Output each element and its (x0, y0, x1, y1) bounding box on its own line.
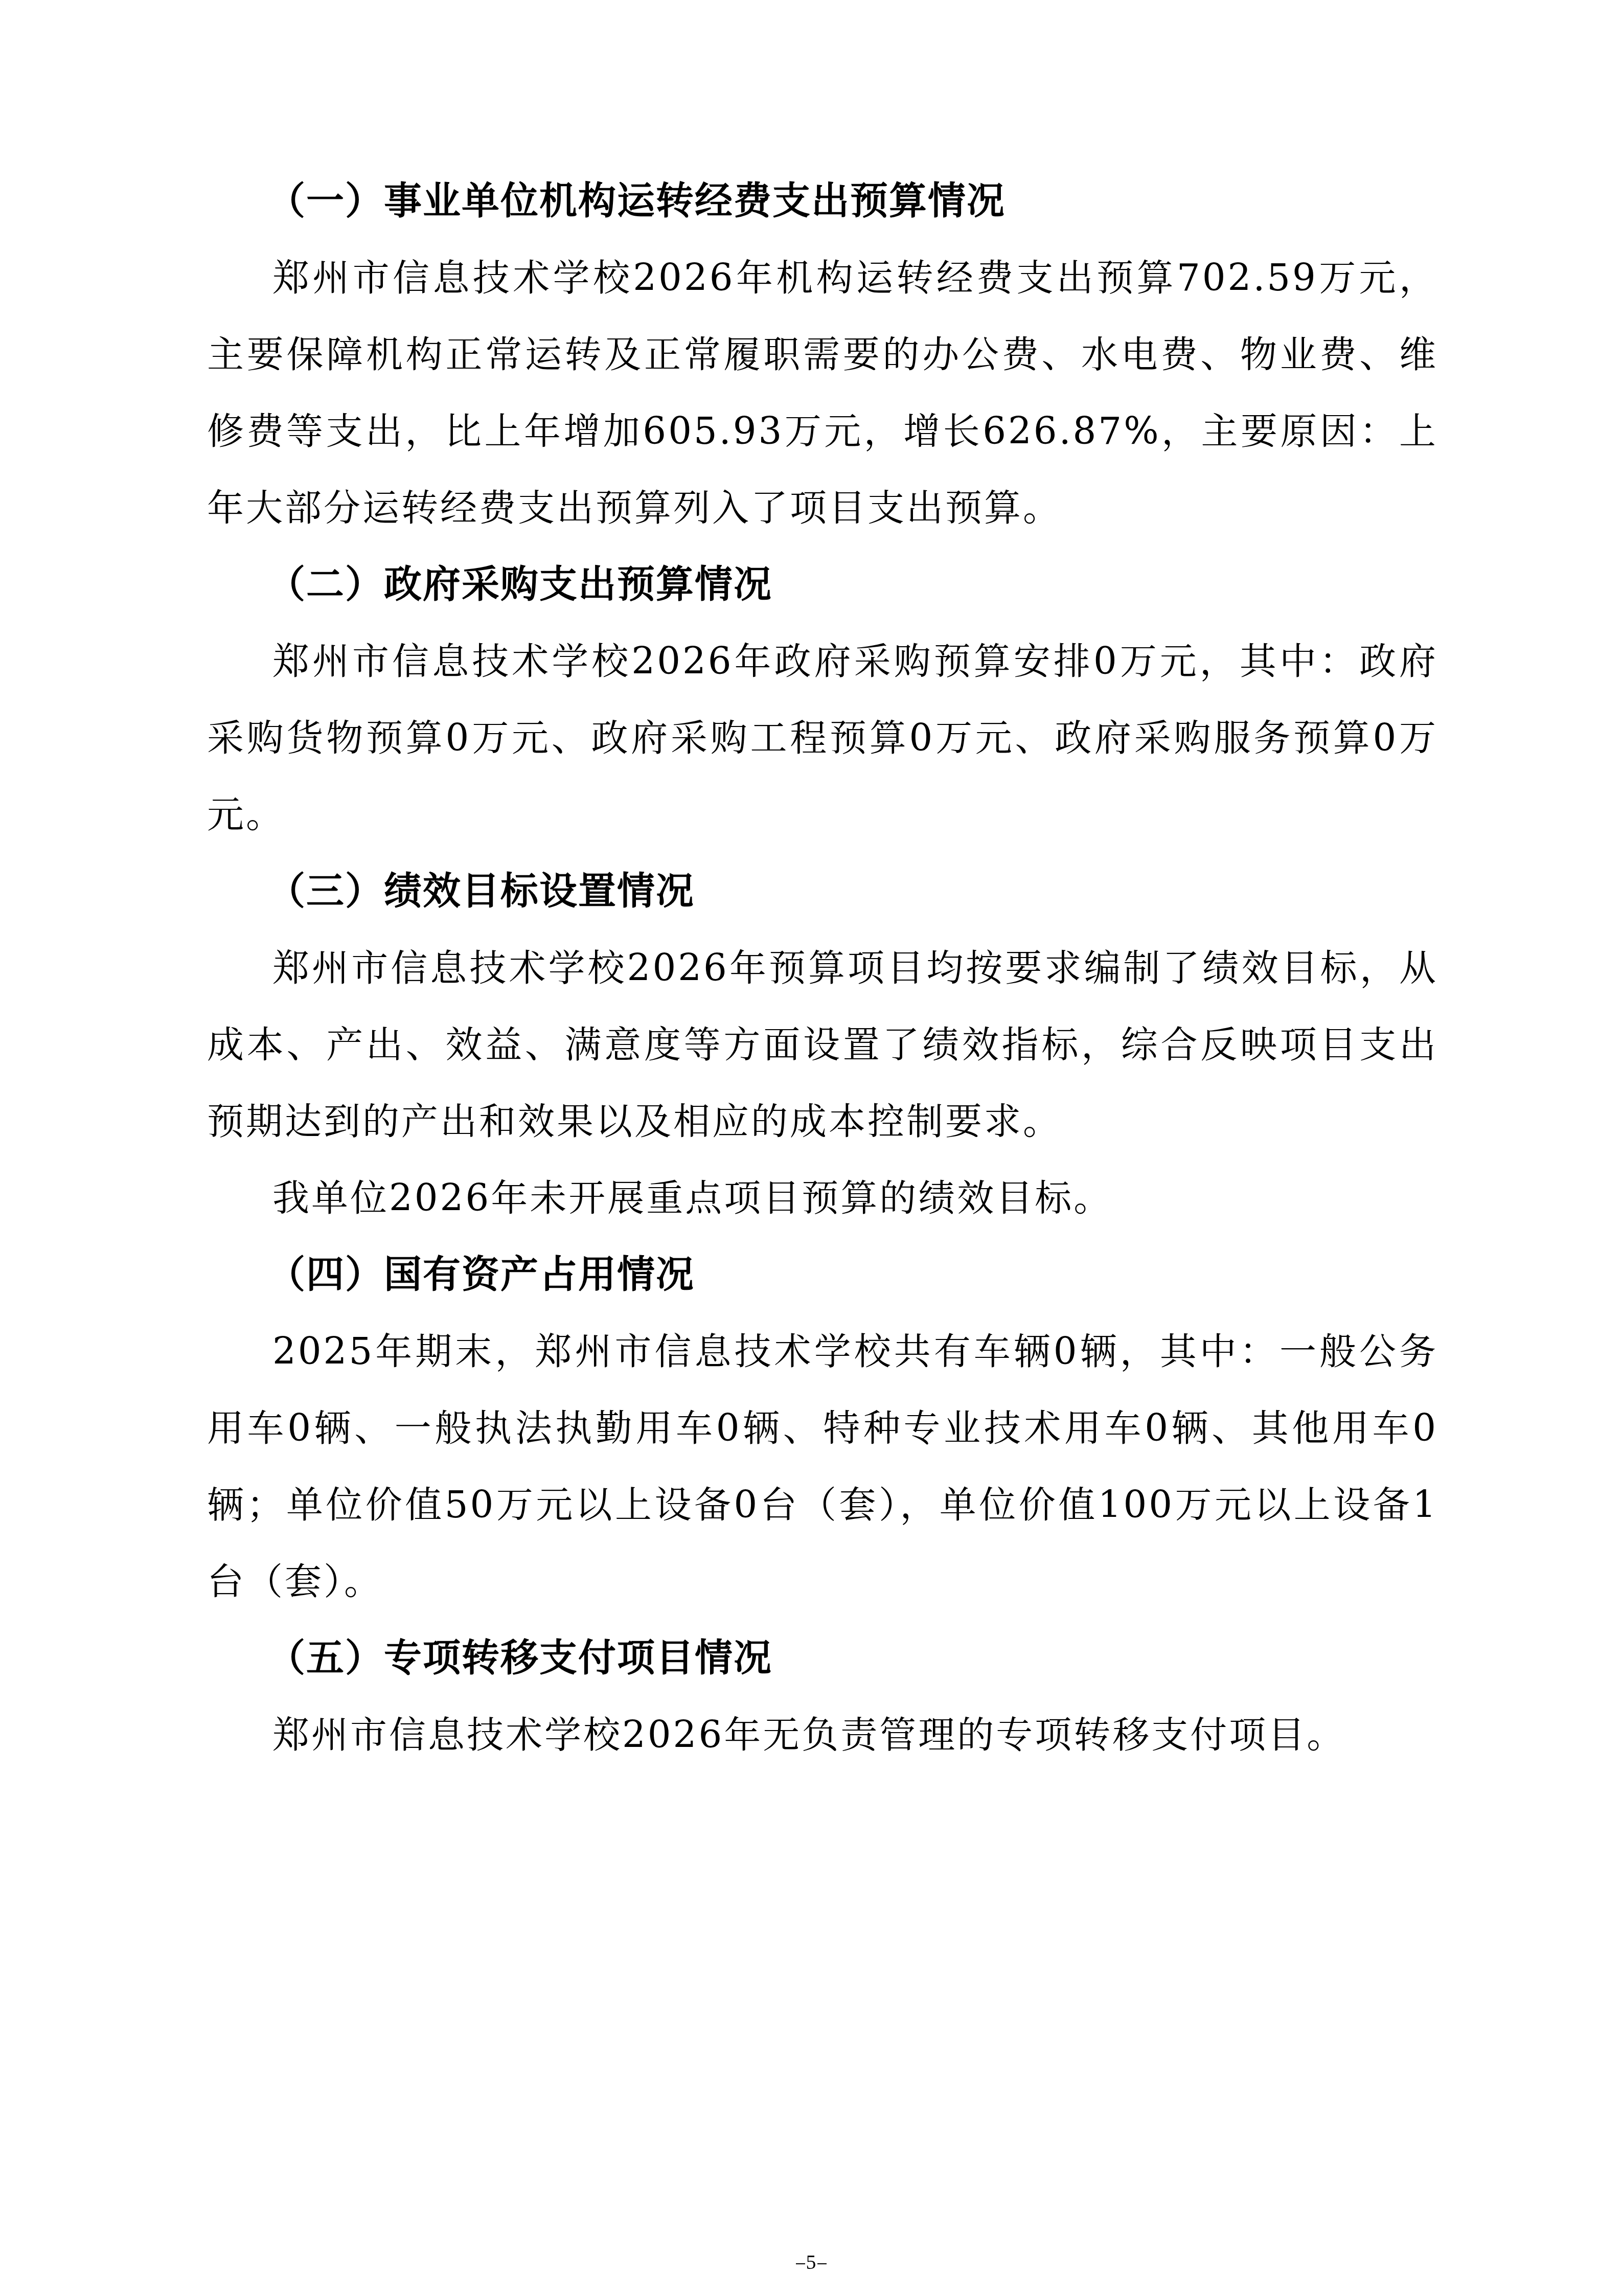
paragraph-performance-goals: 郑州市信息技术学校2026年预算项目均按要求编制了绩效目标，从成本、产出、效益、… (207, 929, 1438, 1160)
section-heading-performance-goals: （三）绩效目标设置情况 (207, 853, 1438, 929)
paragraph-key-project-goals: 我单位2026年未开展重点项目预算的绩效目标。 (207, 1160, 1438, 1236)
section-heading-state-assets: （四）国有资产占用情况 (207, 1236, 1438, 1313)
page-number-value: 5 (799, 2252, 824, 2272)
document-page: （一）事业单位机构运转经费支出预算情况 郑州市信息技术学校2026年机构运转经费… (207, 163, 1438, 1773)
section-heading-special-transfer-payments: （五）专项转移支付项目情况 (207, 1620, 1438, 1696)
paragraph-government-procurement: 郑州市信息技术学校2026年政府采购预算安排0万元，其中：政府采购货物预算0万元… (207, 623, 1438, 853)
paragraph-state-assets: 2025年期末，郑州市信息技术学校共有车辆0辆，其中：一般公务用车0辆、一般执法… (207, 1313, 1438, 1620)
paragraph-special-transfer-payments: 郑州市信息技术学校2026年无负责管理的专项转移支付项目。 (207, 1696, 1438, 1773)
section-heading-operating-expenses: （一）事业单位机构运转经费支出预算情况 (207, 163, 1438, 239)
page-number: 5 (0, 2252, 1622, 2272)
paragraph-operating-expenses: 郑州市信息技术学校2026年机构运转经费支出预算702.59万元，主要保障机构正… (207, 239, 1438, 546)
section-heading-government-procurement: （二）政府采购支出预算情况 (207, 546, 1438, 623)
